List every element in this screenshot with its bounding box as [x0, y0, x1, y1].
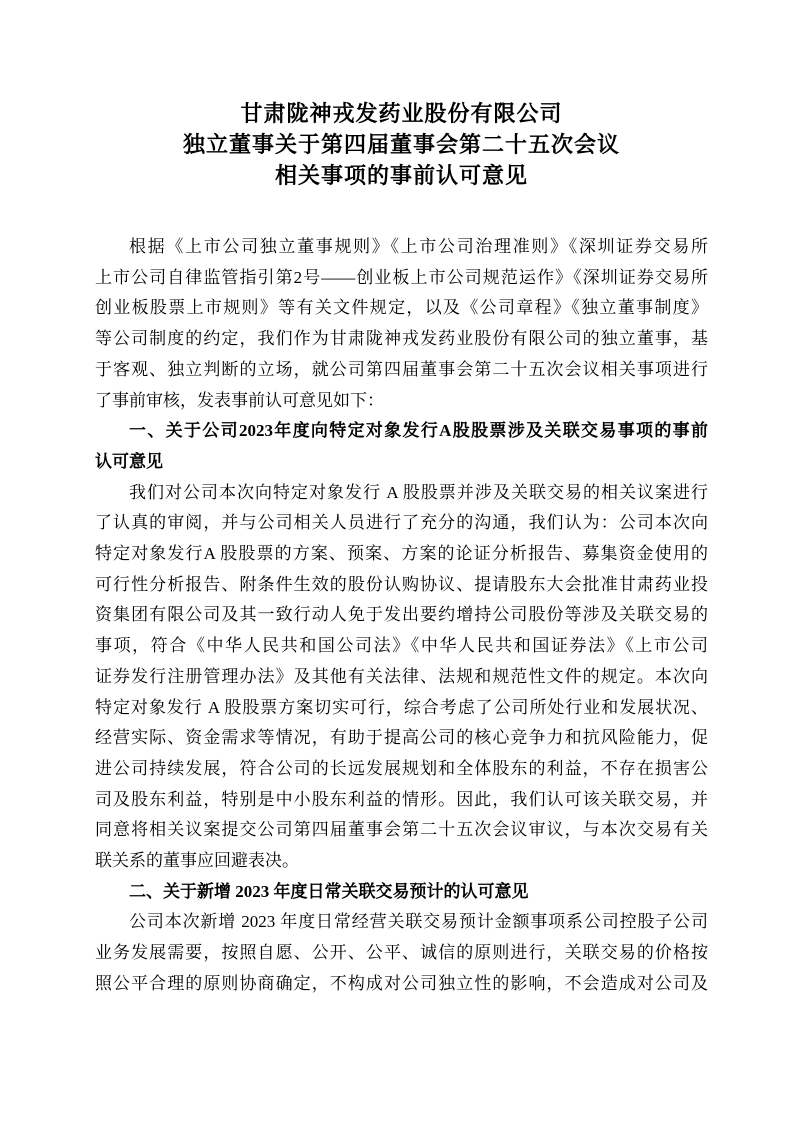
paragraph-line: 了认真的审阅，并与公司相关人员进行了充分的沟通，我们认为：公司本次向: [95, 508, 708, 539]
paragraph-line: 业务发展需要，按照自愿、公开、公平、诚信的原则进行，关联交易的价格按: [95, 938, 708, 969]
paragraph-line: 联关系的董事应回避表决。: [95, 846, 708, 877]
paragraph-line: 同意将相关议案提交公司第四届董事会第二十五次会议审议，与本次交易有关: [95, 815, 708, 846]
paragraph-line: 等公司制度的约定，我们作为甘肃陇神戎发药业股份有限公司的独立董事，基: [95, 324, 708, 355]
paragraph-line: 司及股东利益，特别是中小股东利益的情形。因此，我们认可该关联交易，并: [95, 785, 708, 816]
paragraph-line: 公司本次新增 2023 年度日常经营关联交易预计金额事项系公司控股子公司: [95, 907, 708, 938]
title-line: 甘肃陇神戎发药业股份有限公司: [95, 98, 708, 129]
paragraph-line: 根据《上市公司独立董事规则》《上市公司治理准则》《深圳证券交易所: [95, 232, 708, 263]
section-heading: 二、关于新增 2023 年度日常关联交易预计的认可意见: [95, 877, 708, 908]
paragraph-line: 特定对象发行A 股股票的方案、预案、方案的论证分析报告、募集资金使用的: [95, 539, 708, 570]
paragraph: 根据《上市公司独立董事规则》《上市公司治理准则》《深圳证券交易所上市公司自律监管…: [95, 232, 708, 416]
paragraph-line: 创业板股票上市规则》等有关文件规定，以及《公司章程》《独立董事制度》: [95, 293, 708, 324]
paragraph-line: 进公司持续发展，符合公司的长远发展规划和全体股东的利益，不存在损害公: [95, 754, 708, 785]
section-heading: 一、关于公司2023年度向特定对象发行A股股票涉及关联交易事项的事前认可意见: [95, 416, 708, 477]
paragraph-line: 资集团有限公司及其一致行动人免于发出要约增持公司股份等涉及关联交易的: [95, 600, 708, 631]
document-title: 甘肃陇神戎发药业股份有限公司独立董事关于第四届董事会第二十五次会议相关事项的事前…: [95, 98, 708, 191]
paragraph-line: 可行性分析报告、附条件生效的股份认购协议、提请股东大会批准甘肃药业投: [95, 570, 708, 601]
paragraph: 公司本次新增 2023 年度日常经营关联交易预计金额事项系公司控股子公司业务发展…: [95, 907, 708, 999]
paragraph-line: 于客观、独立判断的立场，就公司第四届董事会第二十五次会议相关事项进行: [95, 355, 708, 386]
heading-line: 二、关于新增 2023 年度日常关联交易预计的认可意见: [95, 877, 708, 908]
paragraph-line: 事项，符合《中华人民共和国公司法》《中华人民共和国证券法》《上市公司: [95, 631, 708, 662]
heading-line: 一、关于公司2023年度向特定对象发行A股股票涉及关联交易事项的事前: [95, 416, 708, 447]
paragraph-line: 特定对象发行 A 股股票方案切实可行，综合考虑了公司所处行业和发展状况、: [95, 693, 708, 724]
paragraph-line: 证券发行注册管理办法》及其他有关法律、法规和规范性文件的规定。本次向: [95, 662, 708, 693]
paragraph-line: 了事前审核，发表事前认可意见如下：: [95, 386, 708, 417]
paragraph-line: 上市公司自律监管指引第2号——创业板上市公司规范运作》《深圳证券交易所: [95, 263, 708, 294]
title-line: 相关事项的事前认可意见: [95, 160, 708, 191]
document-page: 甘肃陇神戎发药业股份有限公司独立董事关于第四届董事会第二十五次会议相关事项的事前…: [0, 0, 794, 1122]
heading-line: 认可意见: [95, 447, 708, 478]
title-line: 独立董事关于第四届董事会第二十五次会议: [95, 129, 708, 160]
paragraph-line: 经营实际、资金需求等情况，有助于提高公司的核心竞争力和抗风险能力，促: [95, 723, 708, 754]
document-body: 根据《上市公司独立董事规则》《上市公司治理准则》《深圳证券交易所上市公司自律监管…: [95, 232, 708, 1000]
paragraph-line: 照公平合理的原则协商确定，不构成对公司独立性的影响，不会造成对公司及: [95, 969, 708, 1000]
paragraph-line: 我们对公司本次向特定对象发行 A 股股票并涉及关联交易的相关议案进行: [95, 478, 708, 509]
paragraph: 我们对公司本次向特定对象发行 A 股股票并涉及关联交易的相关议案进行了认真的审阅…: [95, 478, 708, 877]
